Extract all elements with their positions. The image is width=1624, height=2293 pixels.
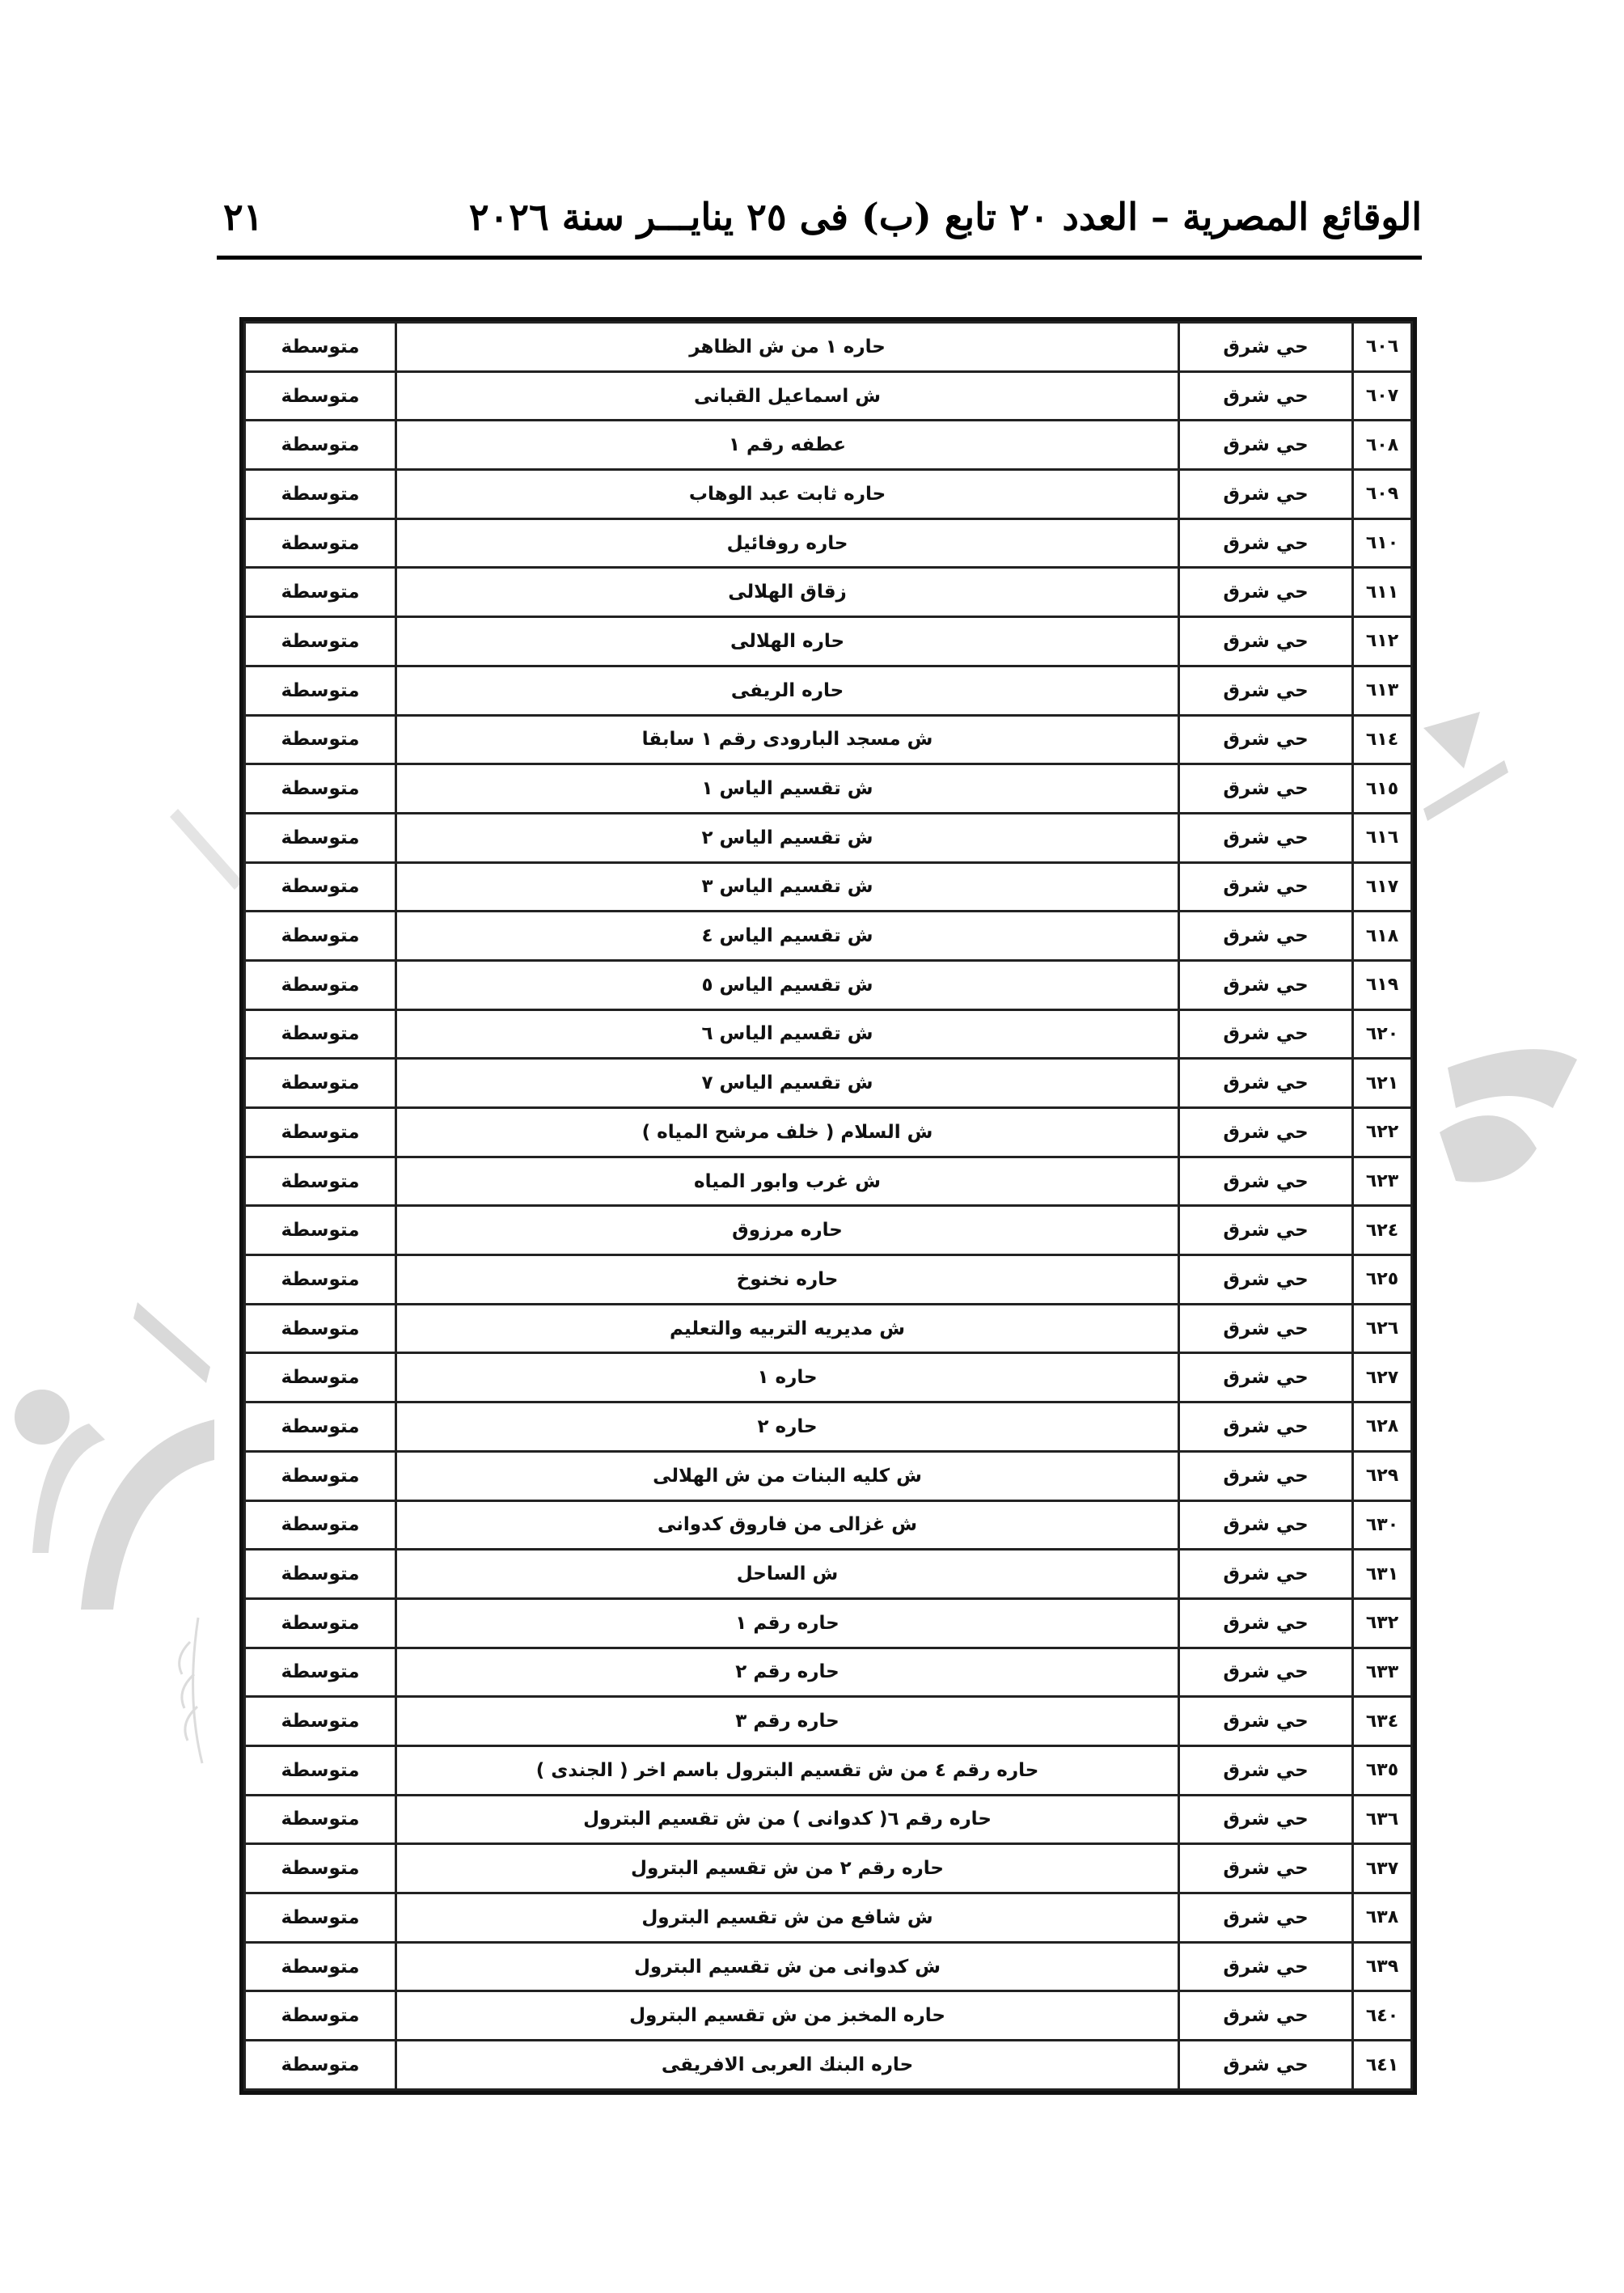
district-cell: حي شرق — [1179, 1598, 1353, 1648]
category-cell: متوسطة — [245, 666, 396, 715]
table-row: ٦٤٠حي شرقحاره المخبز من ش تقسيم البترولم… — [245, 1991, 1412, 2041]
table-row: ٦٢٠حي شرقش تقسيم الياس ٦متوسطة — [245, 1009, 1412, 1059]
page-number: ٢١ — [217, 195, 263, 239]
district-cell: حي شرق — [1179, 371, 1353, 421]
streets-table-grid: ٦٠٦حي شرقحاره ١ من ش الظاهرمتوسطة٦٠٧حي ش… — [243, 321, 1413, 2091]
row-number-cell: ٦٤٠ — [1353, 1991, 1412, 2041]
street-name-cell: زقاق الهلالى — [396, 568, 1179, 617]
table-row: ٦٣٠حي شرقش غزالى من فاروق كدوانىمتوسطة — [245, 1500, 1412, 1550]
row-number-cell: ٦٠٩ — [1353, 470, 1412, 519]
table-row: ٦٢٧حي شرقحاره ١متوسطة — [245, 1353, 1412, 1402]
district-cell: حي شرق — [1179, 1550, 1353, 1599]
district-cell: حي شرق — [1179, 764, 1353, 814]
street-name-cell: ش غزالى من فاروق كدوانى — [396, 1500, 1179, 1550]
category-cell: متوسطة — [245, 371, 396, 421]
table-row: ٦٢٣حي شرقش غرب وابور المياهمتوسطة — [245, 1157, 1412, 1206]
row-number-cell: ٦٣٢ — [1353, 1598, 1412, 1648]
category-cell: متوسطة — [245, 323, 396, 372]
table-row: ٦٢٢حي شرقش السلام ( خلف مرشح المياه )متو… — [245, 1108, 1412, 1157]
category-cell: متوسطة — [245, 617, 396, 666]
row-number-cell: ٦٢٩ — [1353, 1451, 1412, 1500]
street-name-cell: ش تقسيم الياس ٣ — [396, 862, 1179, 912]
category-cell: متوسطة — [245, 1844, 396, 1893]
row-number-cell: ٦١٧ — [1353, 862, 1412, 912]
category-cell: متوسطة — [245, 470, 396, 519]
table-row: ٦١٠حي شرقحاره روفائيلمتوسطة — [245, 518, 1412, 568]
row-number-cell: ٦١٢ — [1353, 617, 1412, 666]
street-name-cell: حاره ١ — [396, 1353, 1179, 1402]
streets-table: ٦٠٦حي شرقحاره ١ من ش الظاهرمتوسطة٦٠٧حي ش… — [239, 317, 1417, 2095]
row-number-cell: ٦٢٧ — [1353, 1353, 1412, 1402]
table-row: ٦١٤حي شرقش مسجد البارودى رقم ١ سابقامتوس… — [245, 715, 1412, 764]
district-cell: حي شرق — [1179, 1795, 1353, 1844]
street-name-cell: عطفه رقم ١ — [396, 421, 1179, 470]
category-cell: متوسطة — [245, 1402, 396, 1452]
district-cell: حي شرق — [1179, 1059, 1353, 1108]
street-name-cell: حاره المخبز من ش تقسيم البترول — [396, 1991, 1179, 2041]
street-name-cell: ش تقسيم الياس ٢ — [396, 813, 1179, 862]
category-cell: متوسطة — [245, 764, 396, 814]
district-cell: حي شرق — [1179, 421, 1353, 470]
district-cell: حي شرق — [1179, 1942, 1353, 1991]
category-cell: متوسطة — [245, 1157, 396, 1206]
district-cell: حي شرق — [1179, 1108, 1353, 1157]
row-number-cell: ٦٢١ — [1353, 1059, 1412, 1108]
street-name-cell: حاره ١ من ش الظاهر — [396, 323, 1179, 372]
street-name-cell: حاره رقم ٢ — [396, 1648, 1179, 1697]
table-row: ٦٣١حي شرقش الساحلمتوسطة — [245, 1550, 1412, 1599]
table-row: ٦١٣حي شرقحاره الريفىمتوسطة — [245, 666, 1412, 715]
category-cell: متوسطة — [245, 518, 396, 568]
category-cell: متوسطة — [245, 1451, 396, 1500]
category-cell: متوسطة — [245, 1059, 396, 1108]
gazette-title: الوقائع المصرية – العدد ٢٠ تابع (ب) فى ٢… — [469, 195, 1422, 239]
category-cell: متوسطة — [245, 1942, 396, 1991]
row-number-cell: ٦٣٩ — [1353, 1942, 1412, 1991]
category-cell: متوسطة — [245, 1598, 396, 1648]
row-number-cell: ٦٢٢ — [1353, 1108, 1412, 1157]
street-name-cell: حاره مرزوق — [396, 1206, 1179, 1255]
row-number-cell: ٦٣٦ — [1353, 1795, 1412, 1844]
street-name-cell: ش كليه البنات من ش الهلالى — [396, 1451, 1179, 1500]
street-name-cell: ش كدوانى من ش تقسيم البترول — [396, 1942, 1179, 1991]
street-name-cell: ش تقسيم الياس ٥ — [396, 960, 1179, 1009]
district-cell: حي شرق — [1179, 1402, 1353, 1452]
row-number-cell: ٦١٠ — [1353, 518, 1412, 568]
district-cell: حي شرق — [1179, 2041, 1353, 2090]
category-cell: متوسطة — [245, 1893, 396, 1943]
district-cell: حي شرق — [1179, 715, 1353, 764]
table-row: ٦٣٩حي شرقش كدوانى من ش تقسيم البترولمتوس… — [245, 1942, 1412, 1991]
row-number-cell: ٦٢٣ — [1353, 1157, 1412, 1206]
table-row: ٦١٦حي شرقش تقسيم الياس ٢متوسطة — [245, 813, 1412, 862]
district-cell: حي شرق — [1179, 1255, 1353, 1305]
district-cell: حي شرق — [1179, 1206, 1353, 1255]
street-name-cell: ش مسجد البارودى رقم ١ سابقا — [396, 715, 1179, 764]
table-row: ٦٠٨حي شرقعطفه رقم ١متوسطة — [245, 421, 1412, 470]
category-cell: متوسطة — [245, 1009, 396, 1059]
row-number-cell: ٦٢٨ — [1353, 1402, 1412, 1452]
table-row: ٦٠٦حي شرقحاره ١ من ش الظاهرمتوسطة — [245, 323, 1412, 372]
row-number-cell: ٦١٩ — [1353, 960, 1412, 1009]
street-name-cell: ش مديريه التربيه والتعليم — [396, 1304, 1179, 1353]
street-name-cell: حاره رقم ٣ — [396, 1697, 1179, 1746]
street-name-cell: حاره نخنوخ — [396, 1255, 1179, 1305]
table-row: ٦٠٩حي شرقحاره ثابت عبد الوهابمتوسطة — [245, 470, 1412, 519]
category-cell: متوسطة — [245, 2041, 396, 2090]
street-name-cell: ش اسماعيل القبانى — [396, 371, 1179, 421]
table-row: ٦٣٨حي شرقش شافع من ش تقسيم البترولمتوسطة — [245, 1893, 1412, 1943]
row-number-cell: ٦١١ — [1353, 568, 1412, 617]
row-number-cell: ٦٣٤ — [1353, 1697, 1412, 1746]
district-cell: حي شرق — [1179, 813, 1353, 862]
row-number-cell: ٦١٨ — [1353, 912, 1412, 961]
district-cell: حي شرق — [1179, 1991, 1353, 2041]
table-row: ٦١٥حي شرقش تقسيم الياس ١متوسطة — [245, 764, 1412, 814]
table-row: ٦٢٦حي شرقش مديريه التربيه والتعليممتوسطة — [245, 1304, 1412, 1353]
row-number-cell: ٦١٥ — [1353, 764, 1412, 814]
category-cell: متوسطة — [245, 862, 396, 912]
category-cell: متوسطة — [245, 1697, 396, 1746]
district-cell: حي شرق — [1179, 1697, 1353, 1746]
category-cell: متوسطة — [245, 1353, 396, 1402]
row-number-cell: ٦٢٠ — [1353, 1009, 1412, 1059]
row-number-cell: ٦٣٧ — [1353, 1844, 1412, 1893]
street-name-cell: ش شافع من ش تقسيم البترول — [396, 1893, 1179, 1943]
street-name-cell: حاره روفائيل — [396, 518, 1179, 568]
street-name-cell: حاره رقم ٢ من ش تقسيم البترول — [396, 1844, 1179, 1893]
district-cell: حي شرق — [1179, 518, 1353, 568]
street-name-cell: ش الساحل — [396, 1550, 1179, 1599]
streets-table-body: ٦٠٦حي شرقحاره ١ من ش الظاهرمتوسطة٦٠٧حي ش… — [245, 323, 1412, 2090]
table-row: ٦١٩حي شرقش تقسيم الياس ٥متوسطة — [245, 960, 1412, 1009]
table-row: ٦١٢حي شرقحاره الهلالىمتوسطة — [245, 617, 1412, 666]
row-number-cell: ٦٠٦ — [1353, 323, 1412, 372]
row-number-cell: ٦٠٨ — [1353, 421, 1412, 470]
row-number-cell: ٦٤١ — [1353, 2041, 1412, 2090]
row-number-cell: ٦٠٧ — [1353, 371, 1412, 421]
district-cell: حي شرق — [1179, 912, 1353, 961]
table-row: ٦١٧حي شرقش تقسيم الياس ٣متوسطة — [245, 862, 1412, 912]
category-cell: متوسطة — [245, 813, 396, 862]
row-number-cell: ٦٣٥ — [1353, 1745, 1412, 1795]
street-name-cell: ش تقسيم الياس ١ — [396, 764, 1179, 814]
district-cell: حي شرق — [1179, 1304, 1353, 1353]
street-name-cell: حاره رقم ٤ من ش تقسيم البترول باسم اخر (… — [396, 1745, 1179, 1795]
category-cell: متوسطة — [245, 421, 396, 470]
street-name-cell: حاره ثابت عبد الوهاب — [396, 470, 1179, 519]
district-cell: حي شرق — [1179, 862, 1353, 912]
table-row: ٦٣٥حي شرقحاره رقم ٤ من ش تقسيم البترول ب… — [245, 1745, 1412, 1795]
table-row: ٦٤١حي شرقحاره البنك العربى الافريقىمتوسط… — [245, 2041, 1412, 2090]
street-name-cell: ش السلام ( خلف مرشح المياه ) — [396, 1108, 1179, 1157]
table-row: ٦٢٤حي شرقحاره مرزوقمتوسطة — [245, 1206, 1412, 1255]
district-cell: حي شرق — [1179, 568, 1353, 617]
street-name-cell: حاره رقم ١ — [396, 1598, 1179, 1648]
row-number-cell: ٦٣٣ — [1353, 1648, 1412, 1697]
table-row: ٦٢٨حي شرقحاره ٢متوسطة — [245, 1402, 1412, 1452]
table-row: ٦٣٧حي شرقحاره رقم ٢ من ش تقسيم البترولمت… — [245, 1844, 1412, 1893]
row-number-cell: ٦١٦ — [1353, 813, 1412, 862]
street-name-cell: حاره الريفى — [396, 666, 1179, 715]
district-cell: حي شرق — [1179, 1353, 1353, 1402]
district-cell: حي شرق — [1179, 1745, 1353, 1795]
table-row: ٦٣٤حي شرقحاره رقم ٣متوسطة — [245, 1697, 1412, 1746]
header-divider — [217, 256, 1422, 260]
district-cell: حي شرق — [1179, 1893, 1353, 1943]
row-number-cell: ٦٣١ — [1353, 1550, 1412, 1599]
street-name-cell: ش تقسيم الياس ٤ — [396, 912, 1179, 961]
district-cell: حي شرق — [1179, 617, 1353, 666]
table-row: ٦٢٥حي شرقحاره نخنوخمتوسطة — [245, 1255, 1412, 1305]
category-cell: متوسطة — [245, 1304, 396, 1353]
row-number-cell: ٦٢٥ — [1353, 1255, 1412, 1305]
street-name-cell: ش تقسيم الياس ٦ — [396, 1009, 1179, 1059]
category-cell: متوسطة — [245, 1255, 396, 1305]
category-cell: متوسطة — [245, 1795, 396, 1844]
row-number-cell: ٦٣٨ — [1353, 1893, 1412, 1943]
street-name-cell: ش تقسيم الياس ٧ — [396, 1059, 1179, 1108]
category-cell: متوسطة — [245, 1745, 396, 1795]
street-name-cell: حاره ٢ — [396, 1402, 1179, 1452]
table-row: ٦٢١حي شرقش تقسيم الياس ٧متوسطة — [245, 1059, 1412, 1108]
category-cell: متوسطة — [245, 568, 396, 617]
district-cell: حي شرق — [1179, 1157, 1353, 1206]
street-name-cell: ش غرب وابور المياه — [396, 1157, 1179, 1206]
category-cell: متوسطة — [245, 1991, 396, 2041]
district-cell: حي شرق — [1179, 1009, 1353, 1059]
district-cell: حي شرق — [1179, 1648, 1353, 1697]
category-cell: متوسطة — [245, 1206, 396, 1255]
street-name-cell: حاره الهلالى — [396, 617, 1179, 666]
row-number-cell: ٦٢٦ — [1353, 1304, 1412, 1353]
table-row: ٦١١حي شرقزقاق الهلالىمتوسطة — [245, 568, 1412, 617]
category-cell: متوسطة — [245, 1500, 396, 1550]
page-header: الوقائع المصرية – العدد ٢٠ تابع (ب) فى ٢… — [217, 184, 1422, 249]
table-row: ٦٣٦حي شرقحاره رقم ٦( كدوانى ) من ش تقسيم… — [245, 1795, 1412, 1844]
district-cell: حي شرق — [1179, 323, 1353, 372]
category-cell: متوسطة — [245, 960, 396, 1009]
category-cell: متوسطة — [245, 1550, 396, 1599]
row-number-cell: ٦٢٤ — [1353, 1206, 1412, 1255]
district-cell: حي شرق — [1179, 1500, 1353, 1550]
table-row: ٦٢٩حي شرقش كليه البنات من ش الهلالىمتوسط… — [245, 1451, 1412, 1500]
table-row: ٦١٨حي شرقش تقسيم الياس ٤متوسطة — [245, 912, 1412, 961]
table-row: ٦٣٢حي شرقحاره رقم ١متوسطة — [245, 1598, 1412, 1648]
district-cell: حي شرق — [1179, 960, 1353, 1009]
category-cell: متوسطة — [245, 1108, 396, 1157]
row-number-cell: ٦١٤ — [1353, 715, 1412, 764]
district-cell: حي شرق — [1179, 1844, 1353, 1893]
category-cell: متوسطة — [245, 1648, 396, 1697]
street-name-cell: حاره رقم ٦( كدوانى ) من ش تقسيم البترول — [396, 1795, 1179, 1844]
table-row: ٦٠٧حي شرقش اسماعيل القبانىمتوسطة — [245, 371, 1412, 421]
category-cell: متوسطة — [245, 715, 396, 764]
row-number-cell: ٦٣٠ — [1353, 1500, 1412, 1550]
district-cell: حي شرق — [1179, 470, 1353, 519]
street-name-cell: حاره البنك العربى الافريقى — [396, 2041, 1179, 2090]
row-number-cell: ٦١٣ — [1353, 666, 1412, 715]
district-cell: حي شرق — [1179, 666, 1353, 715]
district-cell: حي شرق — [1179, 1451, 1353, 1500]
category-cell: متوسطة — [245, 912, 396, 961]
table-row: ٦٣٣حي شرقحاره رقم ٢متوسطة — [245, 1648, 1412, 1697]
